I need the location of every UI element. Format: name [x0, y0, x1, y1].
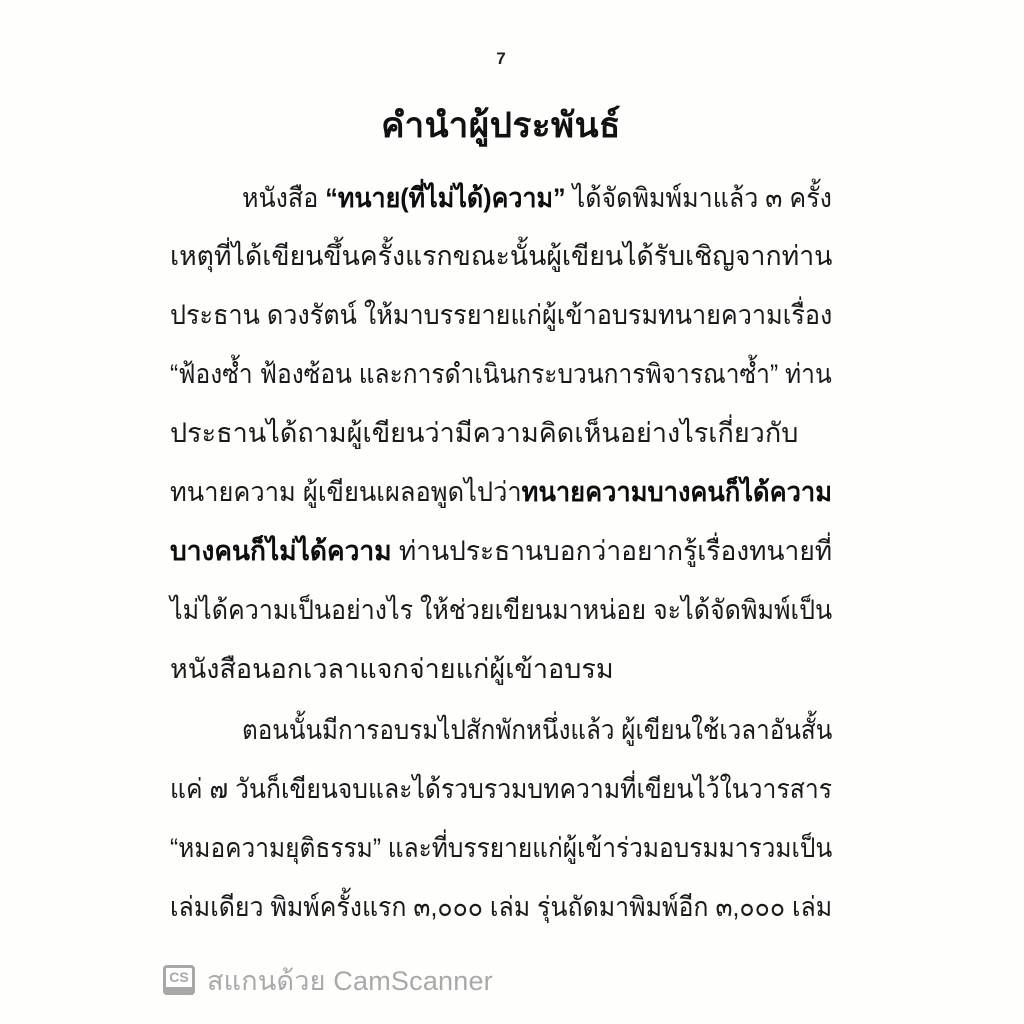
text-line: ประธาน ดวงรัตน์ ให้มาบรรยายแก่ผู้เข้าอบร…	[170, 295, 832, 335]
text-segment: ได้จัดพิมพ์มาแล้ว ๓ ครั้ง	[566, 183, 832, 213]
text-line: ตอนนั้นมีการอบรมไปสักพักหนึ่งแล้ว ผู้เขี…	[242, 710, 832, 750]
text-line: บางคนก็ไม่ได้ความ ท่านประธานบอกว่าอยากรู…	[170, 531, 832, 571]
emphasis-bold: บางคนก็ไม่ได้ความ	[170, 536, 392, 566]
page-number: 7	[0, 49, 1002, 69]
text-line: หนังสือ “ทนาย(ที่ไม่ได้)ความ” ได้จัดพิมพ…	[242, 178, 832, 218]
chapter-title: คำนำผู้ประพันธ์	[0, 98, 1002, 153]
scanned-book-page: 7 คำนำผู้ประพันธ์ หนังสือ “ทนาย(ที่ไม่ได…	[0, 0, 1024, 1024]
text-segment: ท่านประธานบอกว่าอยากรู้เรื่องทนายที่	[392, 536, 833, 566]
text-line: แค่ ๗ วันก็เขียนจบและได้รวบรวมบทความที่เ…	[170, 769, 832, 809]
text-line: “ฟ้องซ้ำ ฟ้องซ้อน และการดำเนินกระบวนการพ…	[170, 354, 832, 394]
camscanner-logo-icon: CS	[163, 965, 195, 995]
text-segment: ทนายความ ผู้เขียนเผลอพูดไปว่า	[170, 477, 522, 507]
text-line: ประธานได้ถามผู้เขียนว่ามีความคิดเห็นอย่า…	[170, 413, 832, 453]
watermark-text: สแกนด้วย CamScanner	[207, 959, 493, 1002]
book-title-bold: “ทนาย(ที่ไม่ได้)ความ”	[325, 183, 565, 213]
camscanner-watermark: CS สแกนด้วย CamScanner	[163, 962, 493, 998]
text-line: ทนายความ ผู้เขียนเผลอพูดไปว่าทนายความบาง…	[170, 472, 832, 512]
text-line: เหตุที่ได้เขียนขึ้นครั้งแรกขณะนั้นผู้เขี…	[170, 236, 832, 276]
text-segment: หนังสือ	[242, 183, 325, 213]
text-line: ไม่ได้ความเป็นอย่างไร ให้ช่วยเขียนมาหน่อ…	[170, 590, 832, 630]
text-line: หนังสือนอกเวลาแจกจ่ายแก่ผู้เข้าอบรม	[170, 649, 832, 689]
text-line: “หมอความยุติธรรม” และที่บรรยายแก่ผู้เข้า…	[170, 828, 832, 868]
text-line: เล่มเดียว พิมพ์ครั้งแรก ๓,๐๐๐ เล่ม รุ่นถ…	[170, 887, 832, 927]
emphasis-bold: ทนายความบางคนก็ได้ความ	[522, 477, 832, 507]
